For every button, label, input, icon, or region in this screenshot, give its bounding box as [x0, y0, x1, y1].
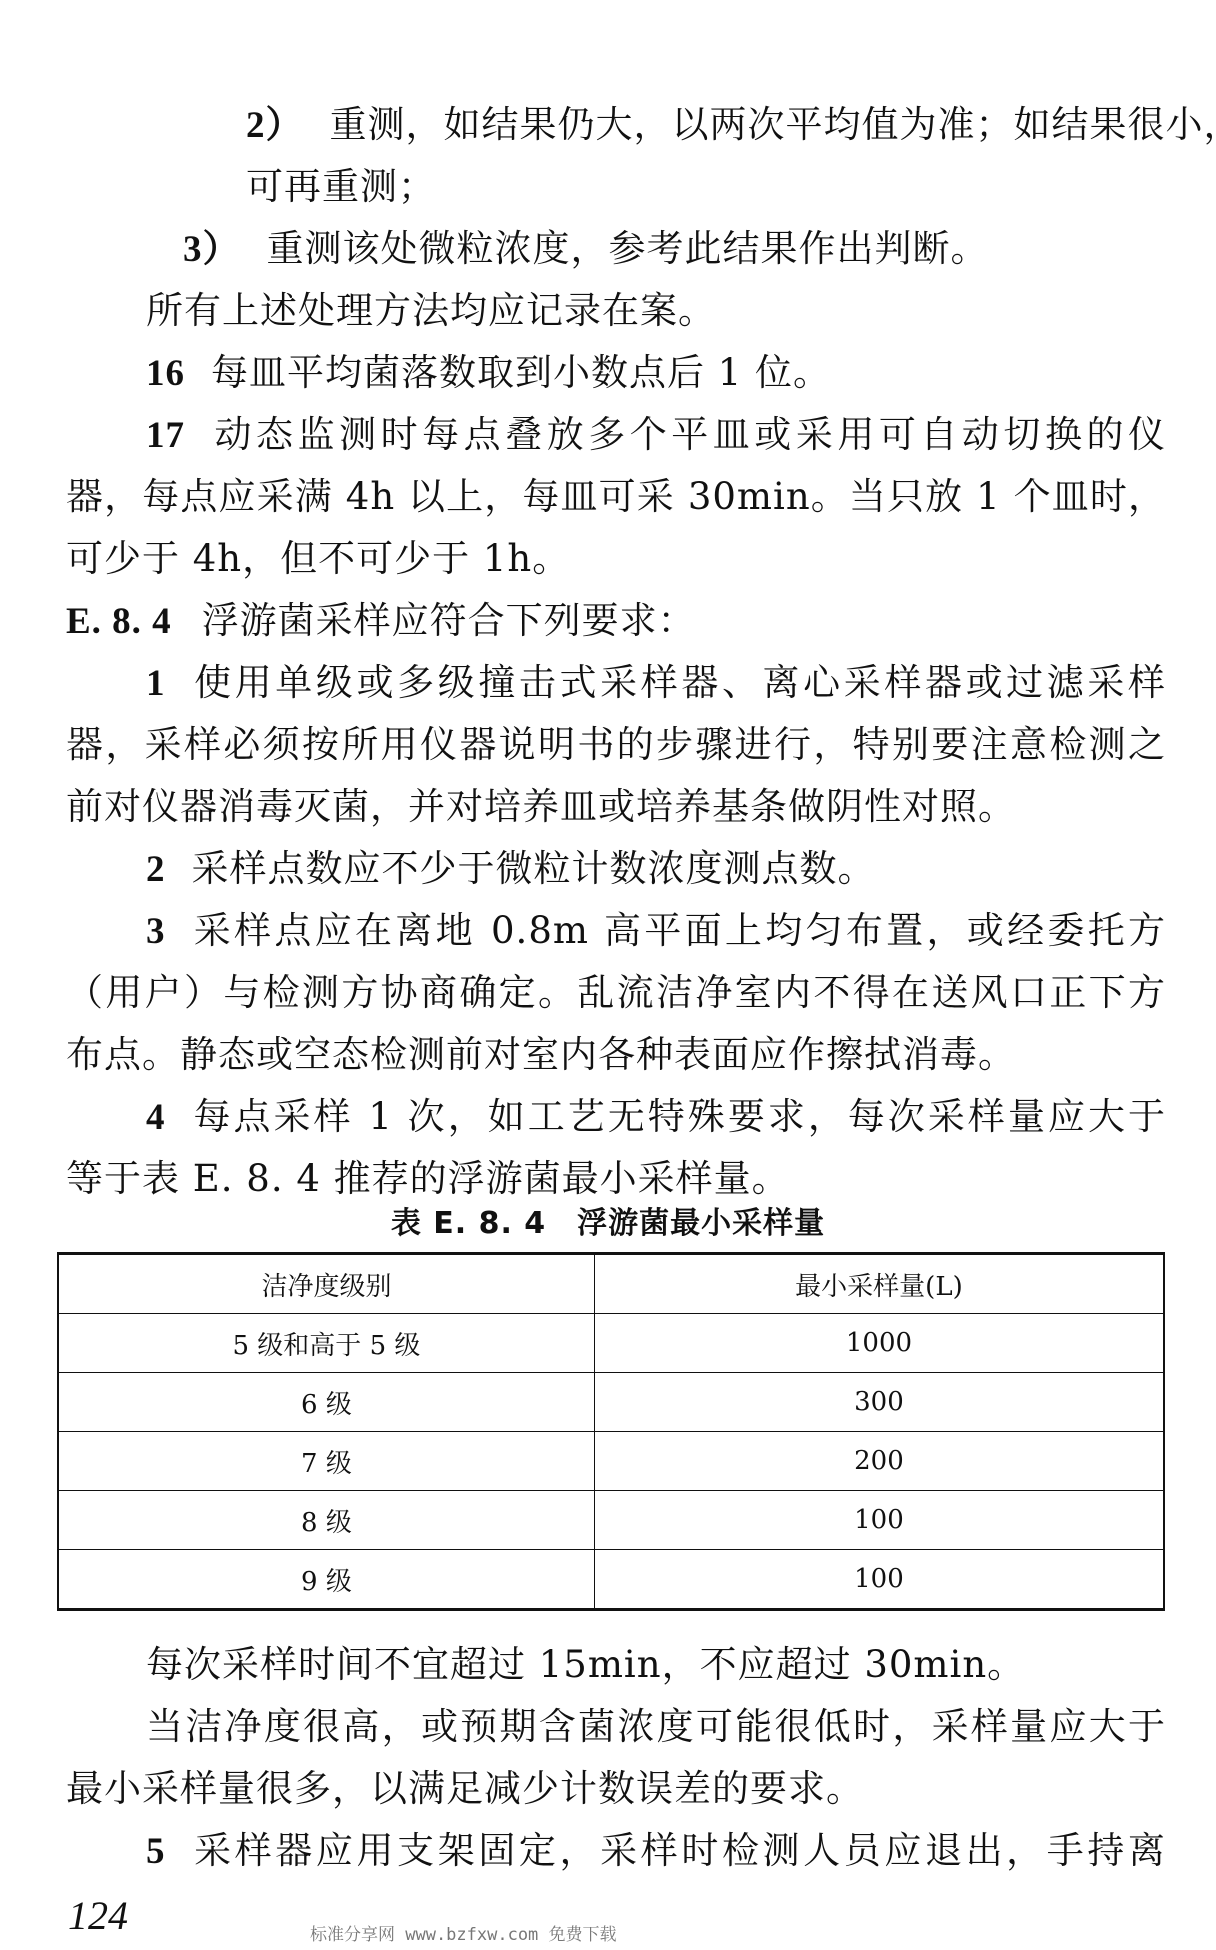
- cell-volume: 100: [594, 1491, 1164, 1550]
- section-title: 浮游菌采样应符合下列要求：: [202, 599, 696, 642]
- paragraph-line: 每次采样时间不宜超过 15min，不应超过 30min。: [146, 1640, 1166, 1690]
- cell-volume: 200: [594, 1432, 1164, 1491]
- paragraph-line: 1使用单级或多级撞击式采样器、离心采样器或过滤采样: [146, 658, 1166, 709]
- paragraph-line: 当洁净度很高，或预期含菌浓度可能很低时，采样量应大于: [146, 1702, 1166, 1752]
- section-heading: E. 8. 4浮游菌采样应符合下列要求：: [66, 596, 1166, 647]
- line-text: 重测，如结果仍大，以两次平均值为准；如结果很小，: [330, 103, 1216, 146]
- paragraph-line: 4每点采样 1 次，如工艺无特殊要求，每次采样量应大于: [146, 1092, 1166, 1143]
- paragraph-line: 最小采样量很多，以满足减少计数误差的要求。: [66, 1764, 1166, 1814]
- line-text: 可少于 4h，但不可少于 1h。: [66, 537, 570, 580]
- line-text: 每皿平均菌落数取到小数点后 1 位。: [211, 351, 831, 394]
- item-marker: 2: [146, 849, 166, 890]
- paragraph-line: 2采样点数应不少于微粒计数浓度测点数。: [146, 844, 1166, 895]
- column-header-min-volume: 最小采样量(L): [594, 1254, 1164, 1314]
- line-text: 最小采样量很多，以满足减少计数误差的要求。: [66, 1767, 864, 1810]
- cell-class: 9 级: [58, 1550, 594, 1610]
- line-text: 前对仪器消毒灭菌，并对培养皿或培养基条做阴性对照。: [66, 785, 1016, 828]
- line-text: 所有上述处理方法均应记录在案。: [146, 289, 716, 332]
- table-row: 7 级 200: [58, 1432, 1164, 1491]
- table-row: 5 级和高于 5 级 1000: [58, 1314, 1164, 1373]
- paragraph-line: （用户）与检测方协商确定。乱流洁净室内不得在送风口正下方: [66, 968, 1166, 1018]
- sampling-volume-table: 洁净度级别 最小采样量(L) 5 级和高于 5 级 1000 6 级 300 7…: [57, 1252, 1165, 1611]
- line-text: 当洁净度很高，或预期含菌浓度可能很低时，采样量应大于: [146, 1705, 1166, 1748]
- item-marker: 2）: [246, 105, 304, 146]
- paragraph-line: 17动态监测时每点叠放多个平皿或采用可自动切换的仪: [146, 410, 1166, 461]
- item-marker: 3）: [183, 229, 241, 270]
- item-marker: 3: [146, 911, 166, 952]
- table-row: 8 级 100: [58, 1491, 1164, 1550]
- cell-volume: 100: [594, 1550, 1164, 1610]
- line-text: （用户）与检测方协商确定。乱流洁净室内不得在送风口正下方: [66, 971, 1166, 1014]
- table-header-row: 洁净度级别 最小采样量(L): [58, 1254, 1164, 1314]
- cell-class: 7 级: [58, 1432, 594, 1491]
- column-header-cleanliness-class: 洁净度级别: [58, 1254, 594, 1314]
- table-row: 6 级 300: [58, 1373, 1164, 1432]
- paragraph-line: 器，每点应采满 4h 以上，每皿可采 30min。当只放 1 个皿时，: [66, 472, 1166, 522]
- cell-class: 5 级和高于 5 级: [58, 1314, 594, 1373]
- table-caption: 表 E. 8. 4 浮游菌最小采样量: [0, 1198, 1216, 1242]
- line-text: 每次采样时间不宜超过 15min，不应超过 30min。: [146, 1643, 1025, 1686]
- paragraph-line: 前对仪器消毒灭菌，并对培养皿或培养基条做阴性对照。: [66, 782, 1166, 832]
- line-text: 布点。静态或空态检测前对室内各种表面应作擦拭消毒。: [66, 1033, 1016, 1076]
- line-text: 可再重测；: [246, 165, 436, 208]
- cell-class: 8 级: [58, 1491, 594, 1550]
- line-text: 使用单级或多级撞击式采样器、离心采样器或过滤采样: [192, 661, 1167, 704]
- item-marker: 17: [146, 415, 185, 456]
- item-marker: 5: [146, 1831, 166, 1872]
- paragraph-line: 2）重测，如结果仍大，以两次平均值为准；如结果很小，: [246, 100, 1166, 151]
- paragraph-line: 3采样点应在离地 0.8m 高平面上均匀布置，或经委托方: [146, 906, 1166, 957]
- item-marker: 16: [146, 353, 185, 394]
- line-text: 动态监测时每点叠放多个平皿或采用可自动切换的仪: [211, 413, 1166, 456]
- line-text: 采样器应用支架固定，采样时检测人员应退出，手持离: [192, 1829, 1167, 1872]
- paragraph-line: 16每皿平均菌落数取到小数点后 1 位。: [146, 348, 1216, 399]
- paragraph-line: 等于表 E. 8. 4 推荐的浮游菌最小采样量。: [66, 1154, 1166, 1204]
- line-text: 采样点数应不少于微粒计数浓度测点数。: [192, 847, 876, 890]
- section-number: E. 8. 4: [66, 601, 172, 642]
- paragraph-line: 可少于 4h，但不可少于 1h。: [66, 534, 1166, 584]
- item-marker: 1: [146, 663, 166, 704]
- cell-volume: 1000: [594, 1314, 1164, 1373]
- watermark-text: 标准分享网 www.bzfxw.com 免费下载: [310, 1920, 617, 1945]
- line-text: 每点采样 1 次，如工艺无特殊要求，每次采样量应大于: [192, 1095, 1167, 1138]
- paragraph-line: 3）重测该处微粒浓度，参考此结果作出判断。: [183, 224, 1216, 275]
- paragraph-line: 5采样器应用支架固定，采样时检测人员应退出，手持离: [146, 1826, 1166, 1877]
- line-text: 器，采样必须按所用仪器说明书的步骤进行，特别要注意检测之: [66, 723, 1166, 766]
- table-row: 9 级 100: [58, 1550, 1164, 1610]
- cell-class: 6 级: [58, 1373, 594, 1432]
- paragraph-line: 可再重测；: [246, 162, 1216, 212]
- line-text: 器，每点应采满 4h 以上，每皿可采 30min。当只放 1 个皿时，: [66, 475, 1166, 518]
- cell-volume: 300: [594, 1373, 1164, 1432]
- line-text: 采样点应在离地 0.8m 高平面上均匀布置，或经委托方: [192, 909, 1167, 952]
- page-number: 124: [68, 1892, 128, 1939]
- item-marker: 4: [146, 1097, 166, 1138]
- paragraph-line: 所有上述处理方法均应记录在案。: [146, 286, 1216, 336]
- paragraph-line: 器，采样必须按所用仪器说明书的步骤进行，特别要注意检测之: [66, 720, 1166, 770]
- line-text: 等于表 E. 8. 4 推荐的浮游菌最小采样量。: [66, 1157, 790, 1200]
- paragraph-line: 布点。静态或空态检测前对室内各种表面应作擦拭消毒。: [66, 1030, 1166, 1080]
- line-text: 重测该处微粒浓度，参考此结果作出判断。: [267, 227, 989, 270]
